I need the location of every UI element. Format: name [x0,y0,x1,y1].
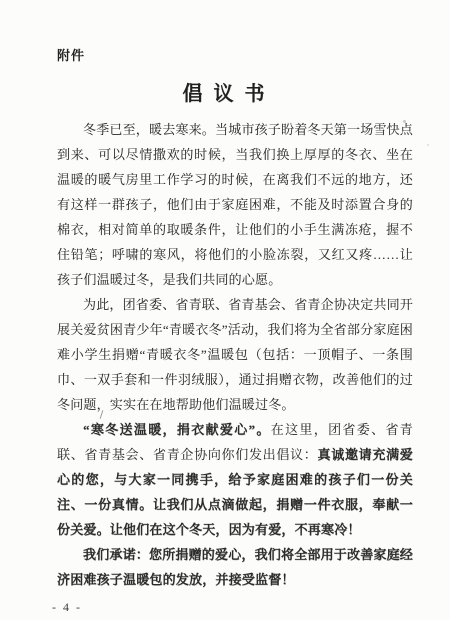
document-title: 倡 议 书 [0,77,450,106]
scanned-document-page: 附件 倡 议 书 冬季已至，暖去寒来。当城市孩子盼着冬天第一场雪快点到来、可以尽… [0,0,450,620]
paragraph-activity: 为此，团省委、省青联、省青基会、省青企协决定共同开展关爱贫困青少年“青暖衣冬”活… [57,292,413,417]
paragraph-promise: 我们承诺：您所捐赠的爱心，我们将全部用于改善家庭经济困难孩子温暖包的发放，并接受… [57,542,413,592]
paragraph-intro: 冬季已至，暖去寒来。当城市孩子盼着冬天第一场雪快点到来、可以尽情撒欢的时候，当我… [57,117,413,292]
scan-speck [427,144,429,146]
paragraph-appeal: “寒冬送温暖，捐衣献爱心”。在这里，团省委、省青联、省青基会、省青企协向你们发出… [57,417,413,542]
page-number: - 4 - [52,600,82,615]
scan-speck [403,120,406,123]
document-body: 冬季已至，暖去寒来。当城市孩子盼着冬天第一场雪快点到来、可以尽情撒欢的时候，当我… [57,117,413,592]
attachment-label: 附件 [57,45,85,64]
appeal-slogan: “寒冬送温暖，捐衣献爱心”。 [83,422,271,437]
